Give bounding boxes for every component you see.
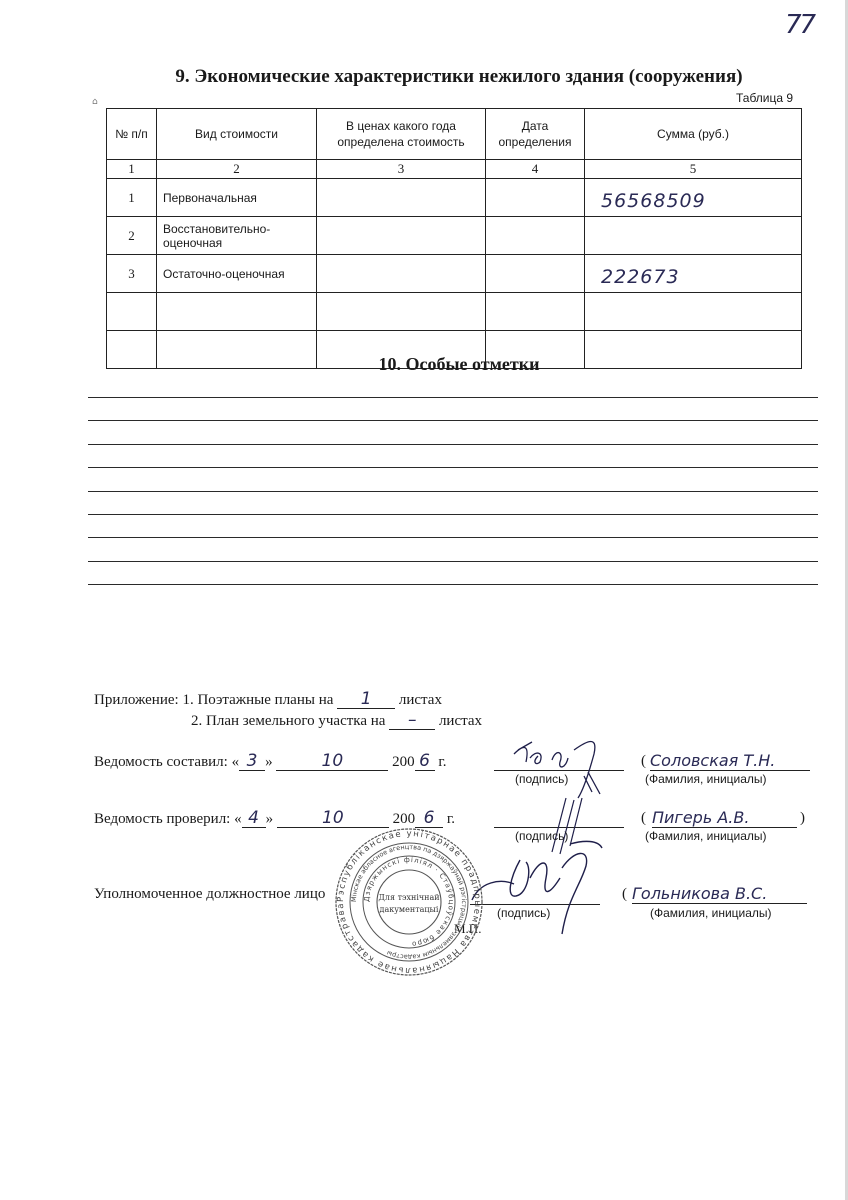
compiled-name-caption: (Фамилия, инициалы) bbox=[645, 772, 767, 786]
cost-type: Восстановительно-оценочная bbox=[157, 217, 317, 255]
table-caption: Таблица 9 bbox=[736, 91, 793, 105]
valuation-date bbox=[486, 217, 585, 255]
compiled-signature-icon bbox=[508, 732, 618, 802]
column-number-row: 1 2 3 4 5 bbox=[107, 160, 802, 179]
compiled-year-field: 6 bbox=[415, 753, 435, 771]
official-stamp-icon: Рэспубліканскае унітарнае прадпрыемства … bbox=[334, 827, 484, 977]
special-notes-line bbox=[88, 514, 818, 515]
authorized-signature-caption: (подпись) bbox=[497, 906, 550, 920]
floor-plans-count-field: 1 bbox=[337, 691, 395, 709]
row-number: 1 bbox=[107, 179, 157, 217]
table-header-row: № п/п Вид стоимости В ценах какого года … bbox=[107, 109, 802, 160]
checked-day-field: 4 bbox=[242, 810, 266, 828]
valuation-date bbox=[486, 293, 585, 331]
price-year bbox=[317, 293, 486, 331]
special-notes-line bbox=[88, 397, 818, 398]
special-notes-line bbox=[88, 537, 818, 538]
compiled-month-field: 10 bbox=[276, 753, 388, 771]
authorized-name: Гольникова В.С. bbox=[632, 884, 807, 904]
valuation-date bbox=[486, 255, 585, 293]
cost-sum: 56568509 bbox=[585, 179, 802, 217]
authorized-name-caption: (Фамилия, инициалы) bbox=[650, 906, 772, 920]
special-notes-line bbox=[88, 444, 818, 445]
compiled-by-line: Ведомость составил: «3» 10 2006 г. bbox=[94, 753, 447, 771]
special-notes-line bbox=[88, 561, 818, 562]
valuation-date bbox=[486, 179, 585, 217]
scan-mark-icon: ⌂ bbox=[92, 97, 98, 107]
cost-sum bbox=[585, 293, 802, 331]
column-number: 3 bbox=[317, 160, 486, 179]
checked-by-line: Ведомость проверил: «4» 10 2006 г. bbox=[94, 810, 455, 828]
compiled-year-prefix: 200 bbox=[392, 754, 415, 770]
row-number bbox=[107, 293, 157, 331]
page-number: 77 bbox=[785, 10, 814, 40]
special-notes-line bbox=[88, 491, 818, 492]
section-9-title: 9. Экономические характеристики нежилого… bbox=[0, 66, 848, 88]
price-year bbox=[317, 255, 486, 293]
checked-name-caption: (Фамилия, инициалы) bbox=[645, 829, 767, 843]
table-row bbox=[107, 293, 802, 331]
appendix-label: Приложение: bbox=[94, 692, 179, 708]
appendix-unit: листах bbox=[399, 692, 442, 708]
price-year bbox=[317, 217, 486, 255]
col-header-date: Дата определения bbox=[486, 109, 585, 160]
appendix-item-1-text: 1. Поэтажные планы на bbox=[182, 692, 333, 708]
land-plan-count-field: – bbox=[389, 712, 435, 730]
table-row: 2 Восстановительно-оценочная bbox=[107, 217, 802, 255]
cost-sum bbox=[585, 217, 802, 255]
special-notes-line bbox=[88, 467, 818, 468]
checked-year-prefix: 200 bbox=[393, 811, 416, 827]
authorized-signature-icon bbox=[470, 838, 610, 948]
special-notes-line bbox=[88, 584, 818, 585]
section-10-title: 10. Особые отметки bbox=[0, 354, 848, 375]
appendix-unit: листах bbox=[439, 713, 482, 729]
compiled-name-open-paren: ( bbox=[641, 753, 646, 770]
authorized-official-label: Уполномоченное должностное лицо bbox=[94, 886, 325, 903]
economic-characteristics-table: № п/п Вид стоимости В ценах какого года … bbox=[106, 108, 802, 369]
checked-by-label: Ведомость проверил: bbox=[94, 811, 230, 827]
compiled-day-field: 3 bbox=[239, 753, 265, 771]
checked-name-close-paren: ) bbox=[800, 810, 805, 827]
cost-type: Первоначальная bbox=[157, 179, 317, 217]
compiled-signature-caption: (подпись) bbox=[515, 772, 568, 786]
table-row: 1 Первоначальная 56568509 bbox=[107, 179, 802, 217]
special-notes-line bbox=[88, 420, 818, 421]
cost-type bbox=[157, 293, 317, 331]
column-number: 1 bbox=[107, 160, 157, 179]
col-header-number: № п/п bbox=[107, 109, 157, 160]
col-header-price-year: В ценах какого года определена стоимость bbox=[317, 109, 486, 160]
row-number: 3 bbox=[107, 255, 157, 293]
svg-text:Для тэхнічнай: Для тэхнічнай bbox=[378, 893, 439, 902]
cost-sum: 222673 bbox=[585, 255, 802, 293]
column-number: 5 bbox=[585, 160, 802, 179]
appendix-line-1: Приложение: 1. Поэтажные планы на 1 лист… bbox=[94, 691, 442, 709]
checked-month-field: 10 bbox=[277, 810, 389, 828]
checked-name: Пигерь А.В. bbox=[652, 808, 797, 828]
appendix-line-2: 2. План земельного участка на – листах bbox=[191, 712, 482, 730]
checked-year-unit: г. bbox=[447, 811, 455, 827]
col-header-sum: Сумма (руб.) bbox=[585, 109, 802, 160]
column-number: 2 bbox=[157, 160, 317, 179]
compiled-year-unit: г. bbox=[438, 754, 446, 770]
authorized-name-open-paren: ( bbox=[622, 886, 627, 903]
row-number: 2 bbox=[107, 217, 157, 255]
cost-type: Остаточно-оценочная bbox=[157, 255, 317, 293]
col-header-cost-type: Вид стоимости bbox=[157, 109, 317, 160]
appendix-item-2-text: 2. План земельного участка на bbox=[191, 713, 385, 729]
compiled-by-label: Ведомость составил: bbox=[94, 754, 228, 770]
checked-year-field: 6 bbox=[415, 810, 443, 828]
svg-text:дакументацыі: дакументацыі bbox=[380, 905, 439, 914]
table-row: 3 Остаточно-оценочная 222673 bbox=[107, 255, 802, 293]
compiled-name: Соловская Т.Н. bbox=[650, 751, 810, 771]
price-year bbox=[317, 179, 486, 217]
checked-name-open-paren: ( bbox=[641, 810, 646, 827]
column-number: 4 bbox=[486, 160, 585, 179]
